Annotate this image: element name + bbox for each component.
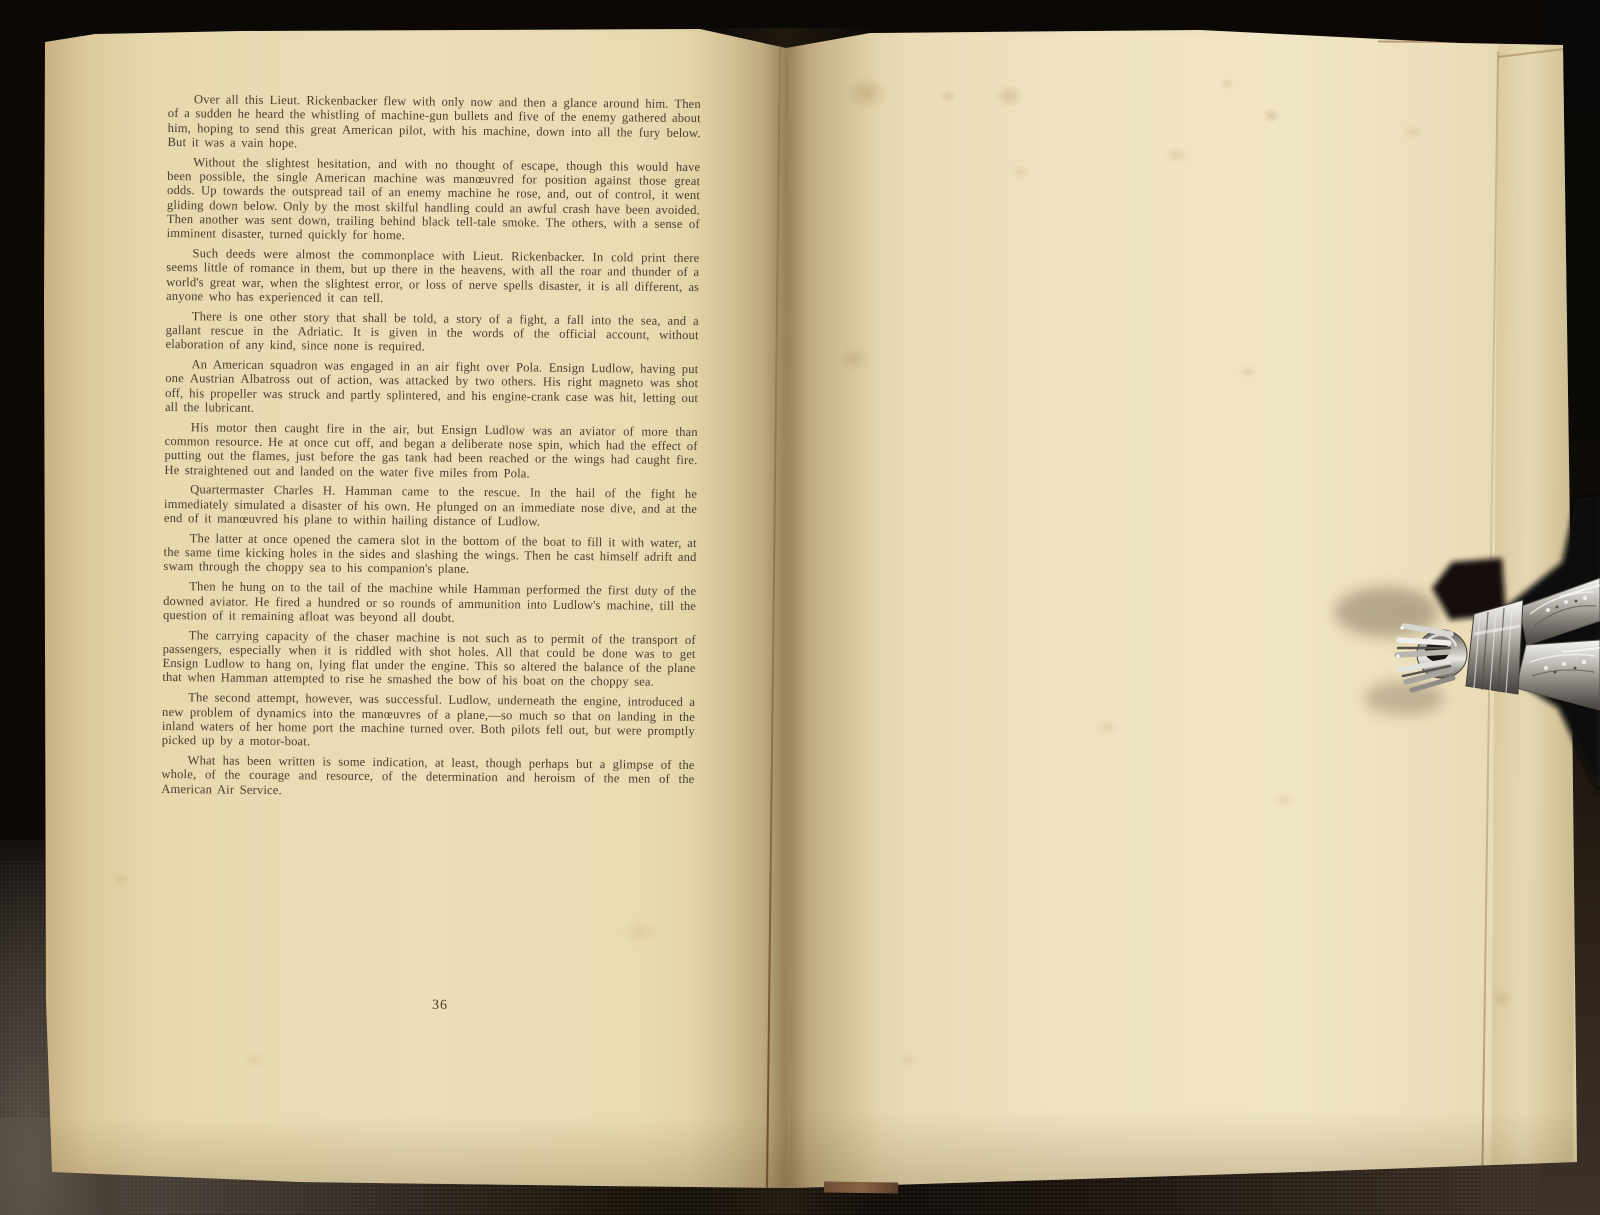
foxing-spot bbox=[1010, 164, 1030, 179]
paragraph: What has been written is some indication… bbox=[161, 753, 694, 801]
page-edge-wear bbox=[33, 258, 45, 298]
paragraph: An American squadron was engaged in an a… bbox=[165, 357, 699, 419]
paragraph: Such deeds were almost the commonplace w… bbox=[166, 246, 700, 308]
spine-edge bbox=[824, 1181, 898, 1193]
foxing-spot bbox=[1262, 108, 1280, 123]
paragraph: There is one other story that shall be t… bbox=[166, 309, 699, 357]
foxing-spot bbox=[1220, 78, 1234, 89]
paragraph: The carrying capacity of the chaser mach… bbox=[162, 628, 696, 690]
foxing-spot bbox=[940, 90, 956, 103]
foxing-spot bbox=[1272, 792, 1294, 808]
foxing-spot bbox=[1238, 364, 1258, 379]
page-edge-wear bbox=[24, 68, 42, 98]
foxing-spot bbox=[1164, 146, 1190, 164]
foxing-spot bbox=[112, 872, 130, 886]
paragraph: The latter at once opened the camera slo… bbox=[163, 531, 696, 579]
page-number: 36 bbox=[420, 998, 460, 1014]
foxing-spot bbox=[896, 1052, 918, 1068]
paragraph: Quartermaster Charles H. Hamman came to … bbox=[164, 482, 697, 530]
page-edge-wear bbox=[28, 140, 42, 184]
foxing-spot bbox=[1094, 718, 1120, 737]
foxing-spot bbox=[244, 1052, 266, 1068]
page-top-edge bbox=[1378, 40, 1530, 43]
photo-of-open-book: Over all this Lieut. Rickenbacker flew w… bbox=[0, 0, 1600, 1215]
paragraph: His motor then caught fire in the air, b… bbox=[164, 420, 698, 482]
foxing-spot bbox=[994, 84, 1024, 108]
foxing-spot bbox=[1490, 988, 1514, 1008]
paragraph: Without the slightest hesitation, and wi… bbox=[167, 155, 701, 246]
book-gutter-shadow bbox=[690, 28, 880, 1215]
paragraph: The second attempt, however, was success… bbox=[162, 690, 696, 752]
page-text-block: Over all this Lieut. Rickenbacker flew w… bbox=[161, 92, 701, 801]
paragraph: Over all this Lieut. Rickenbacker flew w… bbox=[167, 92, 701, 154]
paragraph: Then he hung on to the tail of the machi… bbox=[163, 579, 696, 627]
foxing-spot bbox=[1402, 124, 1424, 140]
foxing-spot bbox=[622, 918, 660, 946]
page-edge-wear bbox=[30, 196, 46, 256]
